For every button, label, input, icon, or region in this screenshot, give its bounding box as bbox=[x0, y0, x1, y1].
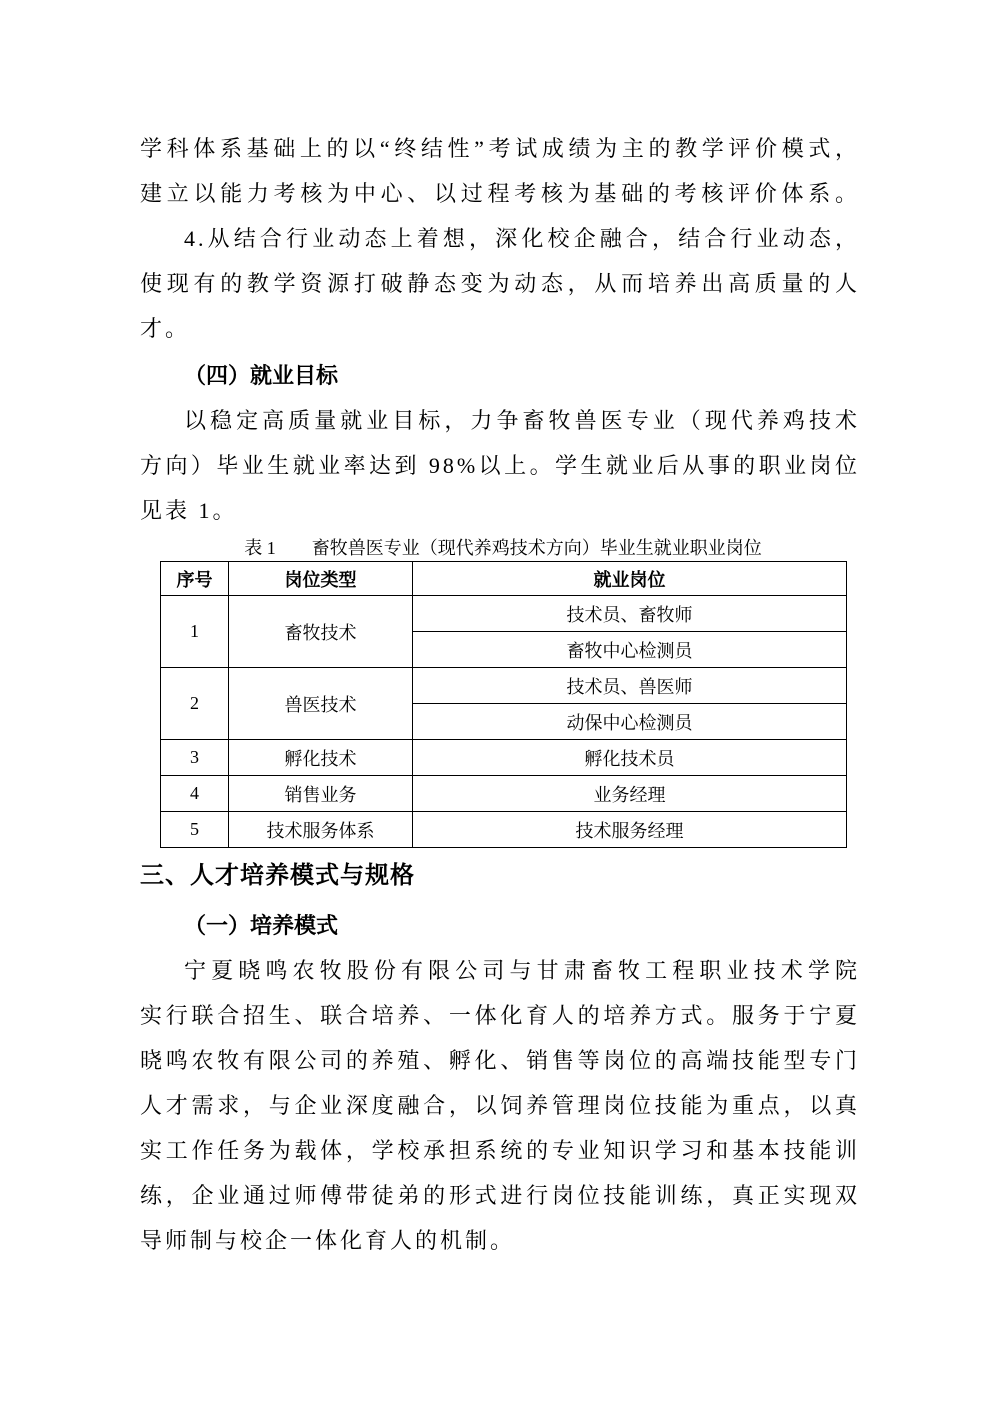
table-row: 2 兽医技术 技术员、兽医师 bbox=[161, 668, 847, 704]
table-row: 5 技术服务体系 技术服务经理 bbox=[161, 812, 847, 848]
table-caption: 表 1 畜牧兽医专业（现代养鸡技术方向）毕业生就业职业岗位 bbox=[160, 535, 846, 561]
document-page: 学科体系基础上的以“终结性”考试成绩为主的教学评价模式， 建立以能力考核为中心、… bbox=[0, 0, 1000, 1414]
cell-position-type: 兽医技术 bbox=[229, 668, 413, 740]
table-row: 1 畜牧技术 技术员、畜牧师 bbox=[161, 596, 847, 632]
employment-positions-table: 序号 岗位类型 就业岗位 1 畜牧技术 技术员、畜牧师 畜牧中心检测员 2 兽医… bbox=[160, 561, 847, 848]
table-row: 4 销售业务 业务经理 bbox=[161, 776, 847, 812]
text-line: 学科体系基础上的以“终结性”考试成绩为主的教学评价模式， bbox=[140, 126, 860, 171]
text-line: 人才需求，与企业深度融合，以饲养管理岗位技能为重点，以真 bbox=[140, 1083, 860, 1128]
paragraph-training-mode: 宁夏晓鸣农牧股份有限公司与甘肃畜牧工程职业技术学院 实行联合招生、联合培养、一体… bbox=[140, 948, 860, 1263]
cell-job: 技术员、畜牧师 bbox=[413, 596, 847, 632]
text-line: 导师制与校企一体化育人的机制。 bbox=[140, 1218, 860, 1263]
cell-job: 业务经理 bbox=[413, 776, 847, 812]
heading-training-mode: （一）培养模式 bbox=[140, 903, 860, 948]
cell-position-type: 孵化技术 bbox=[229, 740, 413, 776]
table-row: 3 孵化技术 孵化技术员 bbox=[161, 740, 847, 776]
text-line: 以稳定高质量就业目标，力争畜牧兽医专业（现代养鸡技术 bbox=[140, 398, 860, 443]
paragraph-industry-dynamics: 4.从结合行业动态上着想，深化校企融合，结合行业动态， 使现有的教学资源打破静态… bbox=[140, 216, 860, 351]
text-line: 才。 bbox=[140, 306, 860, 351]
text-line: 实工作任务为载体，学校承担系统的专业知识学习和基本技能训 bbox=[140, 1128, 860, 1173]
heading-section-3-talent-model: 三、人才培养模式与规格 bbox=[140, 858, 860, 894]
cell-job: 动保中心检测员 bbox=[413, 704, 847, 740]
text-line: 晓鸣农牧有限公司的养殖、孵化、销售等岗位的高端技能型专门 bbox=[140, 1038, 860, 1083]
text-line: 见表 1。 bbox=[140, 488, 860, 533]
cell-no: 5 bbox=[161, 812, 229, 848]
cell-position-type: 销售业务 bbox=[229, 776, 413, 812]
text-line: 实行联合招生、联合培养、一体化育人的培养方式。服务于宁夏 bbox=[140, 993, 860, 1038]
cell-job: 孵化技术员 bbox=[413, 740, 847, 776]
text-line: 宁夏晓鸣农牧股份有限公司与甘肃畜牧工程职业技术学院 bbox=[140, 948, 860, 993]
table-header-no: 序号 bbox=[161, 562, 229, 596]
cell-no: 1 bbox=[161, 596, 229, 668]
table-header-position-type: 岗位类型 bbox=[229, 562, 413, 596]
heading-employment-goal: （四）就业目标 bbox=[140, 353, 860, 398]
cell-no: 2 bbox=[161, 668, 229, 740]
table-header-row: 序号 岗位类型 就业岗位 bbox=[161, 562, 847, 596]
text-line: 练，企业通过师傅带徒弟的形式进行岗位技能训练，真正实现双 bbox=[140, 1173, 860, 1218]
table-header-employment-position: 就业岗位 bbox=[413, 562, 847, 596]
text-line: 方向）毕业生就业率达到 98%以上。学生就业后从事的职业岗位 bbox=[140, 443, 860, 488]
paragraph-employment-rate: 以稳定高质量就业目标，力争畜牧兽医专业（现代养鸡技术 方向）毕业生就业率达到 9… bbox=[140, 398, 860, 533]
text-line: 使现有的教学资源打破静态变为动态，从而培养出高质量的人 bbox=[140, 261, 860, 306]
cell-position-type: 畜牧技术 bbox=[229, 596, 413, 668]
text-line: 建立以能力考核为中心、以过程考核为基础的考核评价体系。 bbox=[140, 171, 860, 216]
cell-no: 3 bbox=[161, 740, 229, 776]
cell-position-type: 技术服务体系 bbox=[229, 812, 413, 848]
cell-job: 技术服务经理 bbox=[413, 812, 847, 848]
cell-job: 技术员、兽医师 bbox=[413, 668, 847, 704]
cell-job: 畜牧中心检测员 bbox=[413, 632, 847, 668]
paragraph-evaluation-system: 学科体系基础上的以“终结性”考试成绩为主的教学评价模式， 建立以能力考核为中心、… bbox=[140, 126, 860, 216]
text-line: 4.从结合行业动态上着想，深化校企融合，结合行业动态， bbox=[140, 216, 860, 261]
cell-no: 4 bbox=[161, 776, 229, 812]
